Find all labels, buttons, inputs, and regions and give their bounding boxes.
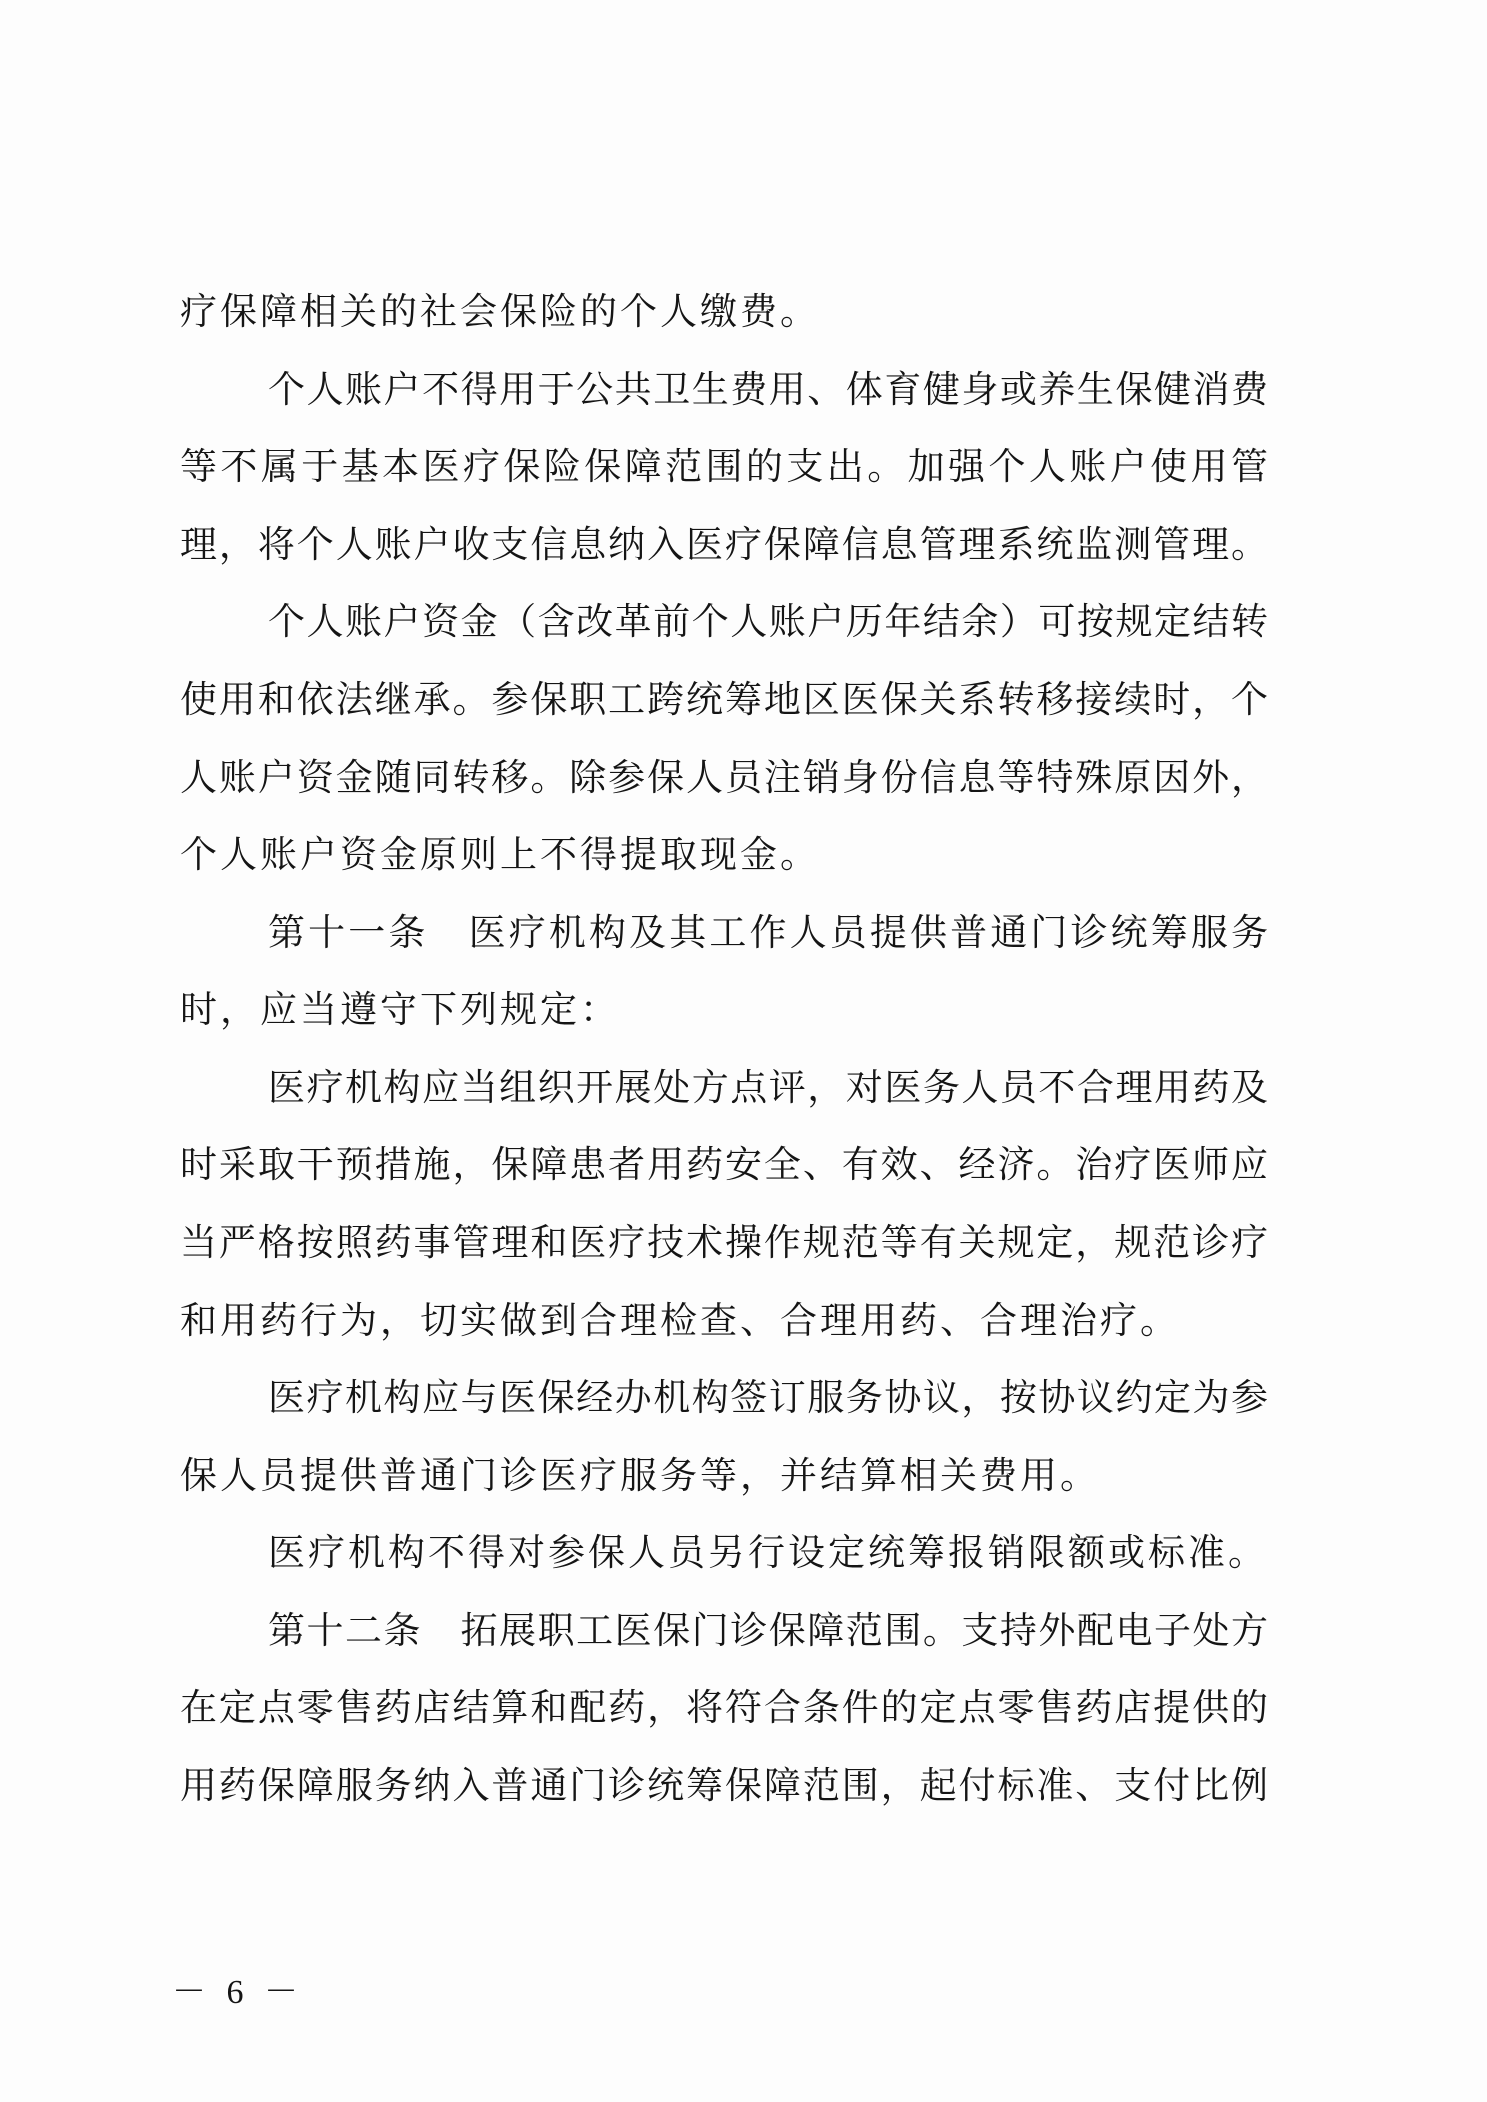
document-page: 疗保障相关的社会保险的个人缴费。 个人账户不得用于公共卫生费用、体育健身或养生保…	[0, 0, 1487, 2102]
text-line: 时，应当遵守下列规定：	[180, 988, 1268, 1032]
article-heading-line: 第十二条 拓展职工医保门诊保障范围。支持外配电子处方	[180, 1609, 1268, 1653]
text-line: 医疗机构不得对参保人员另行设定统筹报销限额或标准。	[180, 1531, 1268, 1575]
text-line: 时采取干预措施，保障患者用药安全、有效、经济。治疗医师应	[180, 1143, 1268, 1187]
text-line: 用药保障服务纳入普通门诊统筹保障范围，起付标准、支付比例	[180, 1764, 1268, 1808]
text-line: 在定点零售药店结算和配药，将符合条件的定点零售药店提供的	[180, 1686, 1268, 1730]
text-line: 保人员提供普通门诊医疗服务等，并结算相关费用。	[180, 1454, 1268, 1498]
article-heading-line: 第十一条 医疗机构及其工作人员提供普通门诊统筹服务	[180, 911, 1268, 955]
text-line: 人账户资金随同转移。除参保人员注销身份信息等特殊原因外，	[180, 756, 1268, 800]
text-line: 理，将个人账户收支信息纳入医疗保障信息管理系统监测管理。	[180, 523, 1268, 567]
text-line: 个人账户资金（含改革前个人账户历年结余）可按规定结转	[180, 600, 1268, 644]
text-line: 个人账户资金原则上不得提取现金。	[180, 833, 1268, 877]
text-line: 医疗机构应当组织开展处方点评，对医务人员不合理用药及	[180, 1066, 1268, 1110]
text-line: 个人账户不得用于公共卫生费用、体育健身或养生保健消费	[180, 368, 1268, 412]
text-line: 和用药行为，切实做到合理检查、合理用药、合理治疗。	[180, 1299, 1268, 1343]
text-line: 当严格按照药事管理和医疗技术操作规范等有关规定，规范诊疗	[180, 1221, 1268, 1265]
page-number: － 6 －	[172, 1964, 304, 2013]
text-line: 使用和依法继承。参保职工跨统筹地区医保关系转移接续时，个	[180, 678, 1268, 722]
text-line: 疗保障相关的社会保险的个人缴费。	[180, 290, 1268, 334]
text-line: 等不属于基本医疗保险保障范围的支出。加强个人账户使用管	[180, 445, 1268, 489]
text-line: 医疗机构应与医保经办机构签订服务协议，按协议约定为参	[180, 1376, 1268, 1420]
